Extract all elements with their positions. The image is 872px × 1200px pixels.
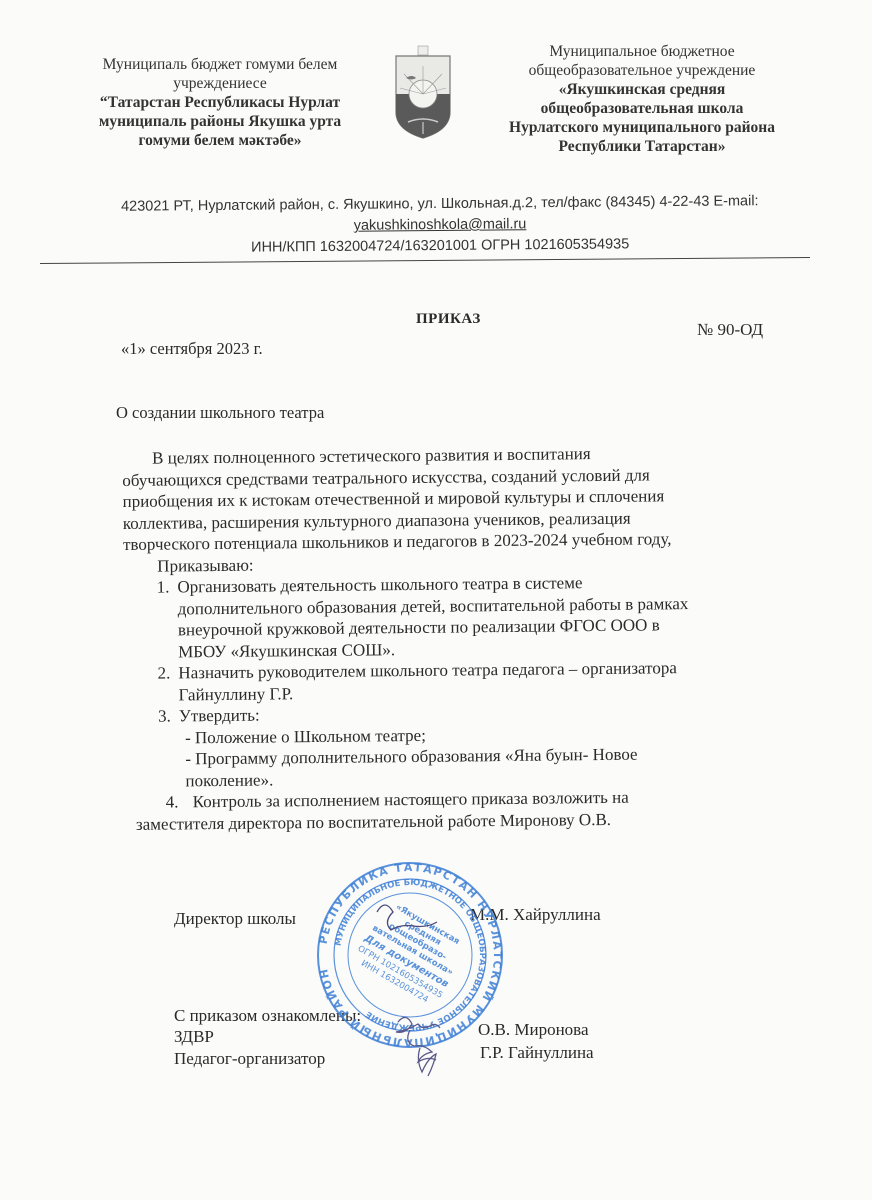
header-russian-school-name: общеобразовательная школа	[482, 99, 802, 118]
signer-role-organizer: Педагог-организатор	[174, 1049, 325, 1069]
header-russian-school-name: Нурлатского муниципального района	[482, 118, 802, 137]
order-date: «1» сентября 2023 г.	[121, 339, 263, 359]
header-russian-block: Муниципальное бюджетное общеобразователь…	[482, 42, 802, 156]
item-number: 1.	[123, 576, 178, 663]
order-number: № 90-ОД	[697, 320, 763, 340]
signer-role-zdvr: ЗДВР	[174, 1027, 214, 1047]
header-russian-line: общеобразовательное учреждение	[482, 61, 802, 80]
header-russian-line: Муниципальное бюджетное	[482, 42, 802, 61]
header-russian-school-name: Республики Татарстан»	[482, 137, 802, 156]
signature-scribble-icon	[380, 1008, 460, 1083]
item-number: 2.	[124, 662, 178, 706]
header-tatar-school-name: “Татарстан Республикасы Нурлат	[60, 93, 380, 112]
document-title: ПРИКАЗ	[416, 311, 481, 328]
item-number: 4.	[166, 792, 179, 811]
order-item-1: 1. Организовать деятельность школьного т…	[123, 570, 784, 663]
header-tatar-school-name: гомуми белем мәктәбе»	[60, 131, 380, 150]
order-body: В целях полноценного эстетического разви…	[122, 441, 786, 835]
order-item-3: 3. Утвердить: - Положение о Школьном теа…	[125, 699, 786, 792]
header-tatar-line: Муниципаль бюджет гомуми белем	[60, 55, 380, 74]
order-item-2: 2. Назначить руководителем школьного теа…	[124, 656, 784, 706]
coat-of-arms-icon	[390, 42, 456, 142]
email-link[interactable]: yakushkinoshkola@mail.ru	[354, 216, 527, 234]
header-tatar-line: учреждениесе	[60, 74, 380, 93]
header-russian-school-name: «Якушкинская средняя	[482, 80, 802, 99]
contacts-block: 423021 РТ, Нурлатский район, с. Якушкино…	[60, 191, 821, 261]
item-number: 3.	[125, 705, 180, 792]
director-title: Директор школы	[174, 909, 296, 929]
header-tatar-block: Муниципаль бюджет гомуми белем учреждени…	[60, 55, 380, 150]
item-line: Контроль за исполнением настоящего прика…	[183, 788, 629, 812]
order-subject: О создании школьного театра	[116, 403, 324, 423]
header-tatar-school-name: муниципаль районы Якушка урта	[60, 112, 380, 131]
